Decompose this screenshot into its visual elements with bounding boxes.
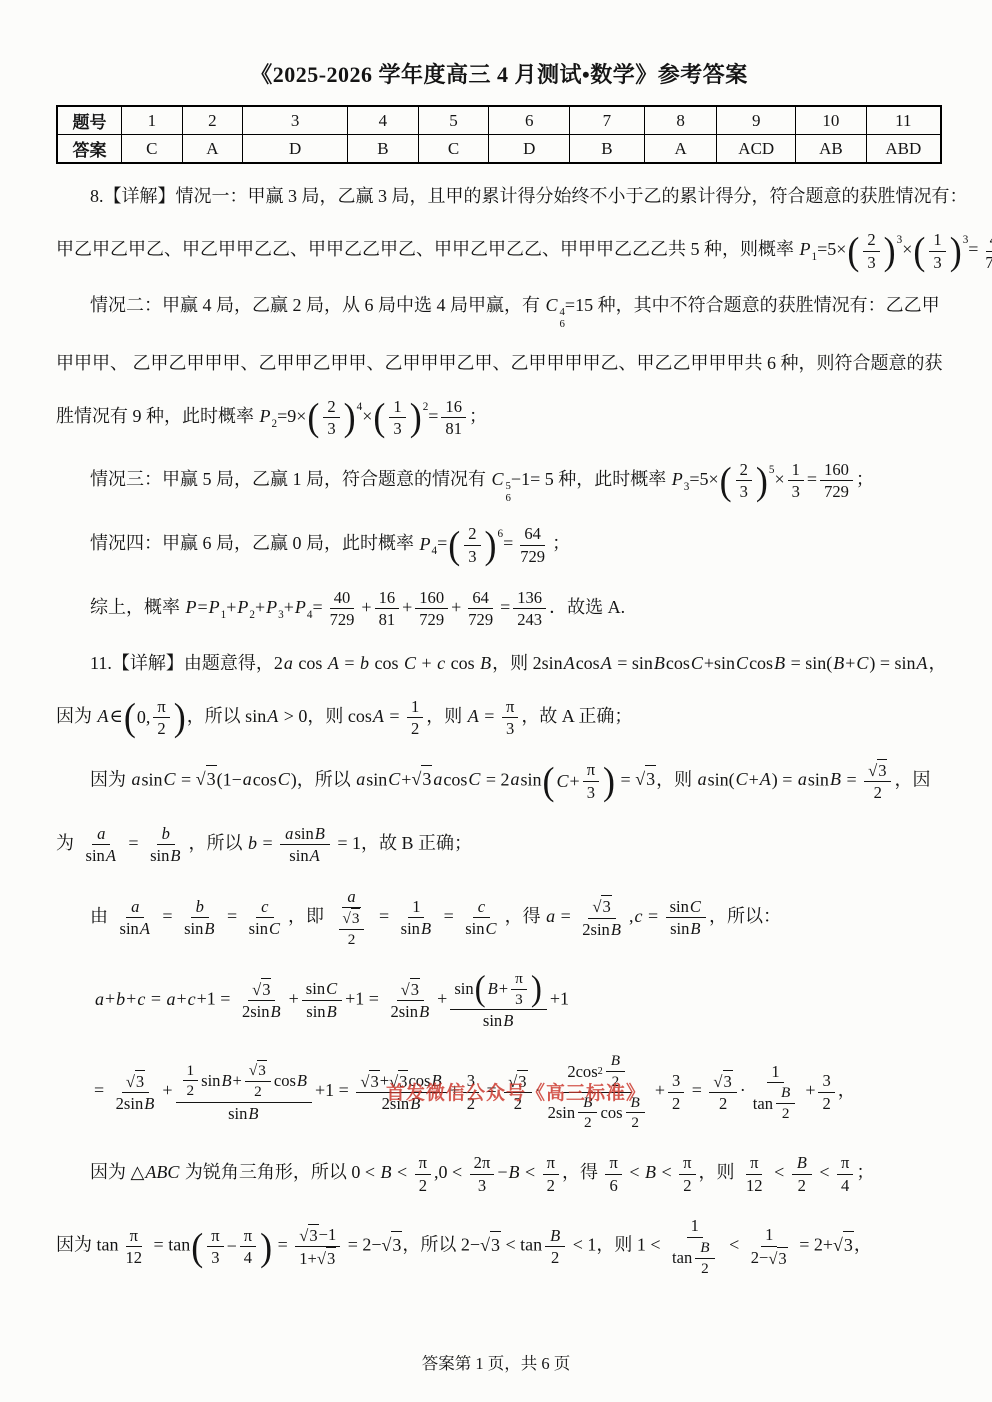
- solution-line: 甲乙甲乙甲乙、甲乙甲甲乙乙、甲甲乙乙甲乙、甲甲乙甲乙乙、甲甲甲乙乙乙共 5 种，…: [56, 229, 942, 273]
- answer-row-label: 答案: [57, 135, 122, 164]
- answer-cell: D: [489, 135, 570, 164]
- question-number-cell: 10: [796, 106, 867, 135]
- answer-cell: A: [182, 135, 243, 164]
- solution-line: 情况三：甲赢 5 局，乙赢 1 局，符合题意的情况有 C56−1= 5 种，此时…: [56, 459, 942, 505]
- answer-cell: ACD: [717, 135, 796, 164]
- solution-line: 8.【详解】情况一：甲赢 3 局，乙赢 3 局，且甲的累计得分始终不小于乙的累计…: [56, 183, 942, 210]
- solution-line: 因为 asinC = √3(1−acosC)，所以 asinC+√3acosC …: [56, 759, 942, 804]
- answer-cell: ABD: [866, 135, 941, 164]
- solution-line: 由 asinA = bsinB = csinC，即 a√32 = 1sinB =…: [56, 886, 942, 950]
- question-row-label: 题号: [57, 106, 122, 135]
- solution-line: 甲甲甲、 乙甲乙甲甲甲、乙甲甲乙甲甲、乙甲甲甲乙甲、乙甲甲甲甲乙、甲乙乙甲甲甲共…: [56, 350, 942, 377]
- page-title: 《2025-2026 学年度高三 4 月测试•数学》参考答案: [56, 58, 942, 89]
- answer-cell: B: [570, 135, 645, 164]
- answer-cell: C: [418, 135, 489, 164]
- solution-line: 因为 A∈(0,π2)，所以 sinA > 0，则 cosA = 12，则 A …: [56, 696, 942, 740]
- answer-cell: D: [243, 135, 348, 164]
- solution-line: 综上，概率 P=P1+P2+P3+P4=40729+1681+160729+64…: [56, 587, 942, 631]
- question-number-cell: 5: [418, 106, 489, 135]
- answer-cell: B: [348, 135, 419, 164]
- answer-table-number-row: 题号1234567891011: [57, 106, 941, 135]
- solution-line: 11.【详解】由题意得，2a cos A = b cos C + c cos B…: [56, 650, 942, 677]
- question-number-cell: 4: [348, 106, 419, 135]
- solution-line: a+b+c = a+c+1 = √32sinB+sinCsinB+1 = √32…: [56, 969, 942, 1032]
- solution-line: 胜情况有 9 种，此时概率 P2=9×(23)4×(13)2=1681；: [56, 396, 942, 440]
- solution-content: 8.【详解】情况一：甲赢 3 局，乙赢 3 局，且甲的累计得分始终不小于乙的累计…: [56, 183, 942, 1278]
- solution-line: 情况二：甲赢 4 局，乙赢 2 局，从 6 局中选 4 局甲赢，有 C46=15…: [56, 292, 942, 331]
- solution-line: 情况四：甲赢 6 局，乙赢 0 局，此时概率 P4=(23)6=64729；: [56, 523, 942, 567]
- solution-line: 因为 △ABC 为锐角三角形，所以 0 < B < π2,0 < 2π3−B <…: [56, 1152, 942, 1196]
- answer-cell: C: [122, 135, 183, 164]
- question-number-cell: 3: [243, 106, 348, 135]
- question-number-cell: 11: [866, 106, 941, 135]
- solution-line: 为 asinA = bsinB，所以 b = asinBsinA = 1，故 B…: [56, 823, 942, 867]
- question-number-cell: 1: [122, 106, 183, 135]
- page-footer: 答案第 1 页，共 6 页: [0, 1350, 992, 1374]
- solution-line: 因为 tanπ12 = tan(π3−π4) = √3−11+√3 = 2−√3…: [56, 1215, 942, 1278]
- question-number-cell: 8: [644, 106, 717, 135]
- question-number-cell: 9: [717, 106, 796, 135]
- answer-table: 题号1234567891011 答案CADBCDBAACDABABD: [56, 105, 942, 164]
- answer-cell: AB: [796, 135, 867, 164]
- question-number-cell: 6: [489, 106, 570, 135]
- question-number-cell: 2: [182, 106, 243, 135]
- question-number-cell: 7: [570, 106, 645, 135]
- watermark-text: 首发微信公众号《高三标准》: [386, 1078, 646, 1105]
- answer-table-answer-row: 答案CADBCDBAACDABABD: [57, 135, 941, 164]
- answer-cell: A: [644, 135, 717, 164]
